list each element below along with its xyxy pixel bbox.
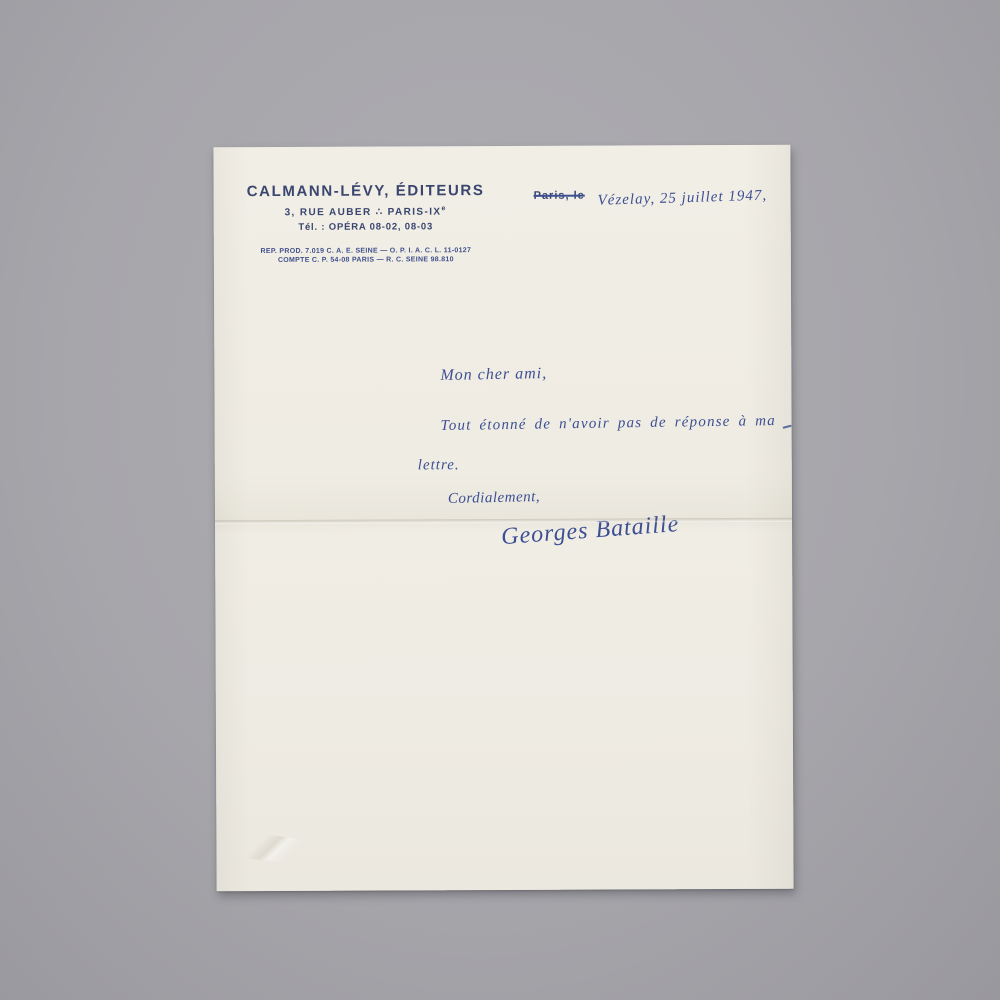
body-line-2: lettre. — [418, 457, 460, 474]
publisher-phone: Tél. : OPÉRA 08-02, 08-03 — [236, 221, 496, 233]
address-superscript: e — [441, 205, 446, 212]
printed-place-struck: Paris, le — [534, 190, 585, 202]
closing: Cordialement, — [448, 489, 541, 508]
paper-wrinkle — [223, 829, 316, 867]
registration-line-2: COMPTE C. P. 54-08 PARIS — R. C. SEINE 9… — [236, 256, 496, 264]
body-line-1: Tout étonné de n'avoir pas de réponse à … — [440, 413, 776, 435]
dateline: Paris, le Vézelay, 25 juillet 1947, — [534, 189, 767, 208]
stray-ink-mark — [782, 425, 791, 429]
handwritten-date: Vézelay, 25 juillet 1947, — [597, 188, 767, 210]
photo-backdrop: CALMANN-LÉVY, ÉDITEURS 3, RUE AUBER ∴ PA… — [0, 0, 1000, 1000]
signature: Georges Bataille — [500, 511, 680, 551]
letterhead-block: CALMANN-LÉVY, ÉDITEURS 3, RUE AUBER ∴ PA… — [236, 182, 496, 264]
publisher-address: 3, RUE AUBER ∴ PARIS-IXe — [236, 205, 496, 218]
publisher-name: CALMANN-LÉVY, ÉDITEURS — [236, 182, 496, 200]
salutation: Mon cher ami, — [440, 365, 547, 385]
registration-line-1: REP. PROD. 7.019 C. A. E. SEINE — O. P. … — [236, 247, 496, 255]
letter-paper-sheet: CALMANN-LÉVY, ÉDITEURS 3, RUE AUBER ∴ PA… — [213, 145, 793, 892]
